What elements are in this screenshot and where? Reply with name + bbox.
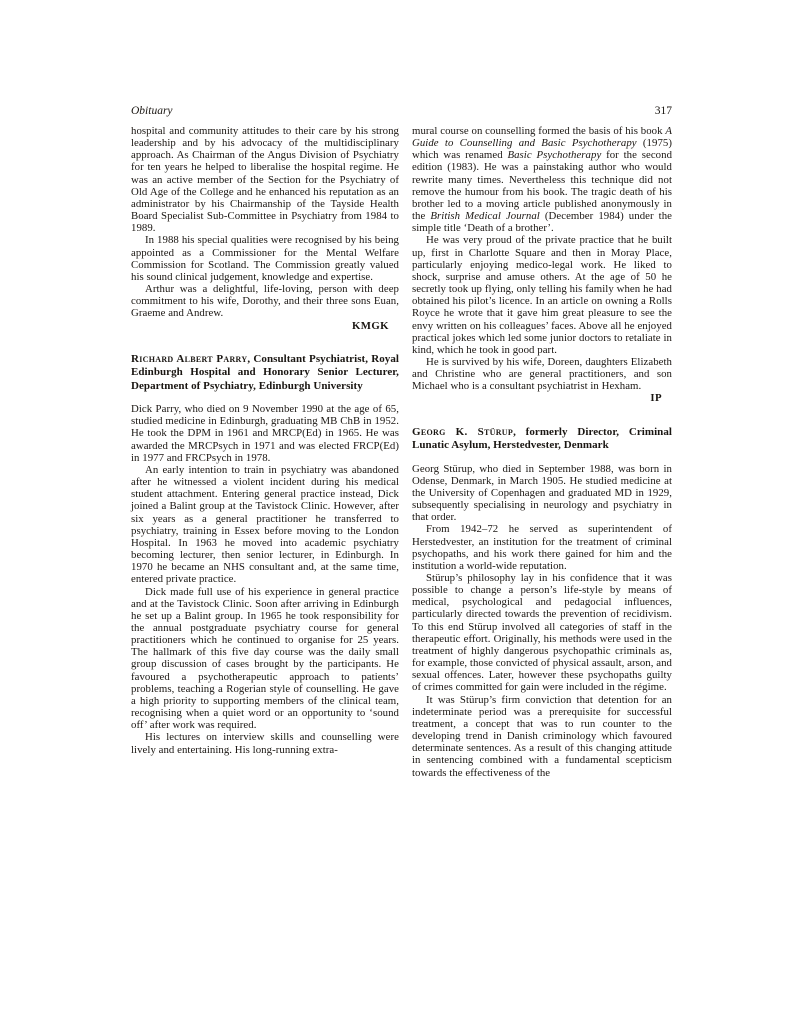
- page-header: Obituary 317: [131, 105, 672, 117]
- journal-page: Obituary 317 hospital and community atti…: [0, 0, 800, 1036]
- right-column: mural course on counselling formed the b…: [412, 125, 672, 779]
- obituary-paragraph: Dick made full use of his experience in …: [131, 586, 399, 732]
- obituary-paragraph: In 1988 his special qualities were recog…: [131, 234, 399, 283]
- obituary-paragraph: Georg Stürup, who died in September 1988…: [412, 463, 672, 524]
- obituary-signature: IP: [412, 392, 672, 404]
- obituary-paragraph: An early intention to train in psychiatr…: [131, 464, 399, 586]
- obituary-paragraph: mural course on counselling formed the b…: [412, 125, 672, 234]
- obituary-paragraph: From 1942–72 he served as superintendent…: [412, 523, 672, 572]
- left-column: hospital and community attitudes to thei…: [131, 125, 399, 779]
- obituary-paragraph: Dick Parry, who died on 9 November 1990 …: [131, 403, 399, 464]
- running-head: Obituary: [131, 105, 173, 117]
- obituary-paragraph: His lectures on interview skills and cou…: [131, 731, 399, 755]
- obituary-paragraph: hospital and community attitudes to thei…: [131, 125, 399, 234]
- obituary-paragraph: He was very proud of the private practic…: [412, 234, 672, 356]
- obituary-signature: KMGK: [131, 320, 399, 332]
- two-column-body: hospital and community attitudes to thei…: [131, 125, 672, 779]
- obituary-paragraph: It was Stürup’s firm conviction that det…: [412, 694, 672, 779]
- obituary-heading-name: Richard Albert Parry: [131, 353, 247, 365]
- journal-title: British Medical Journal: [430, 210, 539, 222]
- obituary-heading-sturup: Georg K. Stürup, formerly Director, Crim…: [412, 426, 672, 453]
- obituary-paragraph: He is survived by his wife, Doreen, daug…: [412, 356, 672, 392]
- obituary-heading-parry: Richard Albert Parry, Consultant Psychia…: [131, 353, 399, 394]
- page-number: 317: [655, 105, 672, 117]
- obituary-paragraph: Stürup’s philosophy lay in his confidenc…: [412, 572, 672, 694]
- book-title: Basic Psychotherapy: [507, 149, 601, 161]
- paragraph-text: mural course on counselling formed the b…: [412, 125, 665, 137]
- obituary-heading-name: Georg K. Stürup: [412, 426, 513, 438]
- obituary-paragraph: Arthur was a delightful, life-loving, pe…: [131, 283, 399, 319]
